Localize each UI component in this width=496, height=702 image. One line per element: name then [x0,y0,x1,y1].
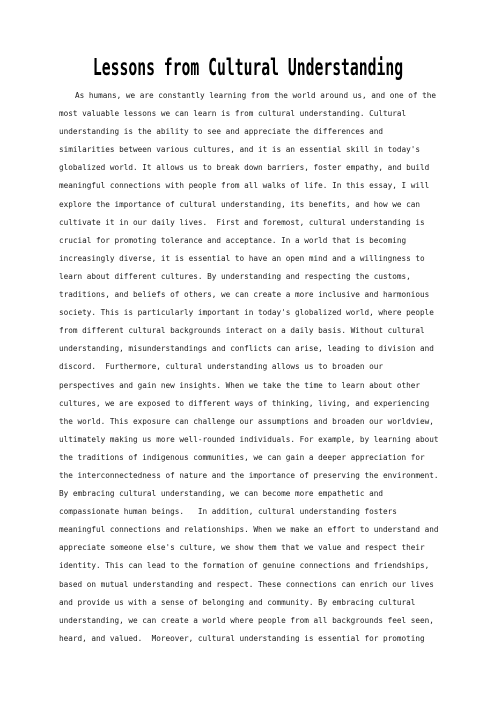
body-line: crucial for promoting tolerance and acce… [59,232,455,250]
body-line: increasingly diverse, it is essential to… [59,250,455,268]
body-line: similarities between various cultures, a… [59,141,455,159]
body-line: and provide us with a sense of belonging… [59,594,455,612]
body-line: meaningful connections and relationships… [59,521,455,539]
body-line: ultimately making us more well-rounded i… [59,431,455,449]
body-line: based on mutual understanding and respec… [59,576,455,594]
body-line: the interconnectedness of nature and the… [59,467,455,485]
body-line: cultures, we are exposed to different wa… [59,395,455,413]
body-line: society. This is particularly important … [59,304,455,322]
body-line: cultivate it in our daily lives. First a… [59,214,455,232]
body-line: understanding, misunderstandings and con… [59,340,455,358]
document-body: As humans, we are constantly learning fr… [59,87,455,648]
body-line: most valuable lessons we can learn is fr… [59,105,455,123]
body-line: compassionate human beings. In addition,… [59,503,455,521]
body-line: the traditions of indigenous communities… [59,449,455,467]
body-line: As humans, we are constantly learning fr… [59,87,455,105]
body-line: learn about different cultures. By under… [59,268,455,286]
body-line: from different cultural backgrounds inte… [59,322,455,340]
body-line: traditions, and beliefs of others, we ca… [59,286,455,304]
body-line: By embracing cultural understanding, we … [59,485,455,503]
document-page: Lessons from Cultural Understanding As h… [0,0,496,702]
body-line: meaningful connections with people from … [59,177,455,195]
body-line: identity. This can lead to the formation… [59,557,455,575]
body-line: understanding, we can create a world whe… [59,612,455,630]
body-line: discord. Furthermore, cultural understan… [59,358,455,376]
body-line: explore the importance of cultural under… [59,196,455,214]
body-line: the world. This exposure can challenge o… [59,413,455,431]
body-line: appreciate someone else's culture, we sh… [59,539,455,557]
body-line: perspectives and gain new insights. When… [59,377,455,395]
body-line: heard, and valued. Moreover, cultural un… [59,630,455,648]
body-line: globalized world. It allows us to break … [59,159,455,177]
document-title: Lessons from Cultural Understanding [89,52,406,84]
body-line: understanding is the ability to see and … [59,123,455,141]
